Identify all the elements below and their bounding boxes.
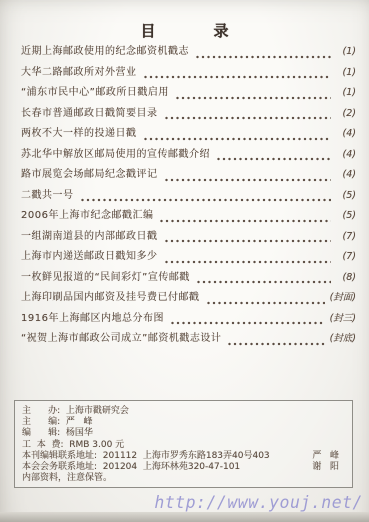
colophon-row: 主 办: 上海市戳研究会 [22,406,345,417]
toc-entry: 上海印刷品国内邮资及挂号费已付邮戳 (封面) [21,288,356,309]
dot-leader [165,239,332,243]
toc-entry: 长春市普通邮政日戳简要目录 (2) [21,104,356,125]
toc-entry-page: (封三) [330,310,356,324]
toc-entry-page: (7) [336,251,356,262]
toc-entry-page: (封底) [330,330,356,344]
toc-entry-page: (4) [336,128,356,139]
toc-entry-page: (4) [336,149,356,160]
toc-entry-page: (5) [336,190,356,201]
dot-leader [171,321,325,325]
toc-entry-title: 近期上海邮政使用的纪念邮资机戳志 [21,42,189,57]
toc-entry-page: (1) [336,46,356,57]
watermark-url: http://www.youj.net/ [154,493,363,512]
table-of-contents: 近期上海邮政使用的纪念邮资机戳志 (1) 大华二路邮政所对外营业 (1) “浦东… [21,42,356,350]
toc-entry-page: (7) [336,231,356,242]
toc-entry-title: “祝贺上海市邮政公司成立”邮资机戳志设计 [21,329,221,344]
scanned-contents-page: 目 录 近期上海邮政使用的纪念邮资机戳志 (1) 大华二路邮政所对外营业 (1)… [0,0,369,522]
dot-leader [176,96,331,100]
toc-entry-title: 长春市普通邮政日戳简要目录 [21,104,158,119]
toc-entry-title: 2006年上海市纪念邮戳汇编 [21,206,153,221]
toc-entry-title: 一枚鲜见报道的“民间彩灯”宣传邮戳 [21,268,190,283]
colophon-label: 内部资料，注意保管。 [22,473,112,484]
toc-entry-page: (1) [336,67,356,78]
colophon-row: 内部资料，注意保管。 [22,473,345,484]
colophon-right-name: 严 峰 [312,451,345,462]
colophon-right-name: 谢 阳 [312,462,345,473]
toc-entry: 上海市内递送邮政日戳知多少 (7) [21,247,356,268]
dot-leader [196,55,331,59]
toc-entry-title: 二戳共一号 [21,186,74,201]
colophon-label: 编 辑: [22,428,66,439]
toc-entry-title: 苏北华中解放区邮局使用的宣传邮戳介绍 [21,145,210,160]
dot-leader [228,342,324,346]
toc-entry: 二戳共一号 (5) [21,186,356,207]
dot-leader [207,301,325,305]
title-char-left: 目 [140,20,155,41]
toc-entry-title: 上海印刷品国内邮资及挂号费已付邮戳 [21,288,200,303]
toc-entry-page: (8) [336,272,356,283]
toc-entry-title: 上海市内递送邮政日戳知多少 [21,247,158,262]
toc-entry-title: 一组湖南道县的内部邮政日戳 [21,227,158,242]
toc-entry-page: (封面) [330,289,356,303]
toc-entry: 路市展览会场邮局纪念戳评记 (4) [21,165,356,186]
toc-entry: 两枚不大一样的投递日戳 (4) [21,124,356,145]
colophon-value: 杨国华 [66,428,93,439]
dot-leader [81,198,332,202]
dot-leader [144,137,332,141]
toc-entry: 一枚鲜见报道的“民间彩灯”宣传邮戳 (8) [21,268,356,289]
colophon-label: 本会会务联系地址: [22,462,103,473]
dot-leader [197,280,331,284]
colophon-value: 严 峰 [66,417,93,428]
toc-entry: 1916年上海邮区内地总分布图 (封三) [21,309,356,330]
colophon-label: 主 编: [22,417,66,428]
dot-leader [160,219,331,223]
colophon-value: 上海市戳研究会 [66,406,129,417]
toc-entry-page: (1) [336,87,356,98]
title-char-right: 录 [214,20,229,41]
colophon-label: 本刊编辑联系地址: [22,451,103,462]
toc-entry-title: 两枚不大一样的投递日戳 [21,124,137,139]
toc-entry: “祝贺上海市邮政公司成立”邮资机戳志设计 (封底) [21,329,356,350]
toc-entry-page: (4) [336,169,356,180]
toc-entry-title: 大华二路邮政所对外营业 [21,63,137,78]
colophon-label: 工 本 费: [22,440,69,451]
toc-entry-page: (5) [336,210,356,221]
toc-entry: 大华二路邮政所对外营业 (1) [21,63,356,84]
page-title: 目 录 [0,20,369,41]
toc-entry: 近期上海邮政使用的纪念邮资机戳志 (1) [21,42,356,63]
toc-entry: “浦东市民中心”邮政所日戳启用 (1) [21,83,356,104]
dot-leader [165,178,332,182]
toc-entry-title: “浦东市民中心”邮政所日戳启用 [21,83,169,98]
dot-leader [165,260,332,264]
colophon-value: 201112 上海市罗秀东路183弄40号403 [103,451,270,462]
dot-leader [165,116,332,120]
colophon-row: 编 辑: 杨国华 [22,428,345,439]
colophon-value: RMB 3.00 元 [69,440,124,451]
colophon-row: 主 编: 严 峰 [22,417,345,428]
colophon-row: 本刊编辑联系地址: 201112 上海市罗秀东路183弄40号403 严 峰 [22,451,345,462]
toc-entry-page: (2) [336,108,356,119]
toc-entry: 一组湖南道县的内部邮政日戳 (7) [21,227,356,248]
colophon-label: 主 办: [22,406,66,417]
toc-entry: 苏北华中解放区邮局使用的宣传邮戳介绍 (4) [21,145,356,166]
colophon-row: 工 本 费: RMB 3.00 元 [22,440,345,451]
toc-entry: 2006年上海市纪念邮戳汇编 (5) [21,206,356,227]
dot-leader [144,75,332,79]
toc-entry-title: 路市展览会场邮局纪念戳评记 [21,165,158,180]
colophon-box: 主 办: 上海市戳研究会 主 编: 严 峰 编 辑: 杨国华 工 本 费: RM… [14,400,353,488]
colophon-value: 201204 上海环林苑320-47-101 [103,462,240,473]
toc-entry-title: 1916年上海邮区内地总分布图 [21,309,164,324]
dot-leader [217,157,331,161]
colophon-row: 本会会务联系地址: 201204 上海环林苑320-47-101 谢 阳 [22,462,345,473]
